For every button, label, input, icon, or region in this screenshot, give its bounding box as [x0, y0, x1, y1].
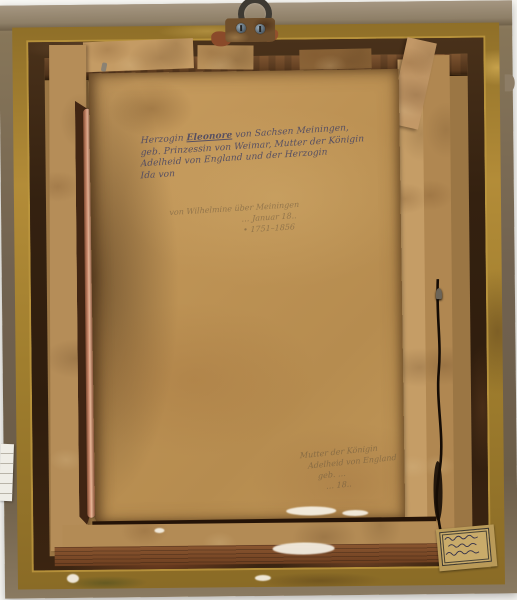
paint-smudge — [67, 574, 79, 583]
ink-emphasized-name: Eleonore — [187, 130, 233, 143]
screw-right — [255, 24, 265, 34]
cardboard-patch-top-1 — [83, 38, 194, 72]
cardboard-patch-top-2 — [197, 45, 253, 69]
nail-right — [436, 288, 442, 299]
cardboard-patch-top-3 — [299, 48, 371, 70]
label-border — [439, 528, 492, 566]
crack — [424, 279, 457, 557]
nail-outer-edge — [505, 74, 515, 91]
picture-frame-back: Herzogin Eleonore von Sachsen Meiningen,… — [0, 0, 517, 598]
collection-label — [436, 524, 498, 571]
label-handwriting — [440, 529, 488, 563]
hanging-plate — [225, 18, 275, 43]
screw-left — [236, 23, 246, 33]
photo-of-frame-back: Herzogin Eleonore von Sachsen Meiningen,… — [0, 0, 517, 600]
sticker-fragment — [0, 444, 14, 501]
